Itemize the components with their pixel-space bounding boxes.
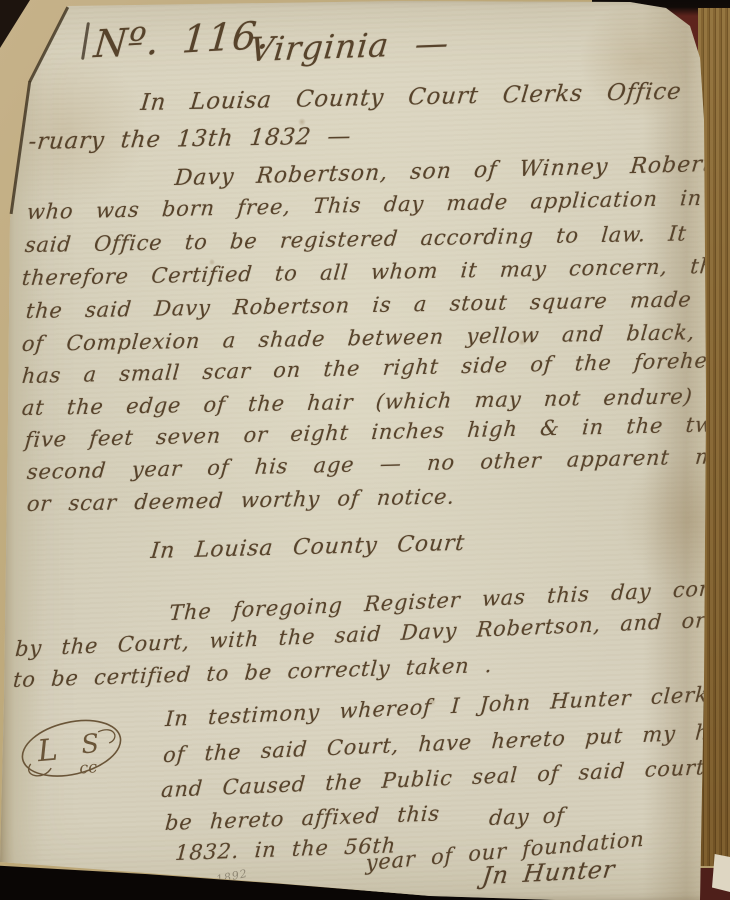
manuscript-page: Nº. 116. Virginia — In Louisa County Cou… — [0, 0, 730, 900]
handwritten-line: or scar deemed worthy of notice. — [26, 485, 456, 517]
clerk-signature: Jn Hunter — [481, 855, 617, 890]
handwritten-line: to be certified to be correctly taken . — [12, 653, 493, 692]
register-number: Nº. 116. — [92, 13, 272, 66]
handwritten-line: 1832. in the 56th — [174, 833, 397, 865]
handwritten-line: said Office to be registered according t… — [24, 221, 729, 257]
seal-letter-s: S — [80, 729, 100, 760]
paper-scrap — [712, 854, 730, 892]
handwritten-line: therefore Certified to all whom it may c… — [21, 254, 730, 291]
court-heading: In Louisa County Court — [150, 531, 467, 564]
handwritten-line: be hereto affixed this — [164, 801, 440, 835]
manuscript-photo: Nº. 116. Virginia — In Louisa County Cou… — [0, 0, 730, 900]
handwritten-line: Davy Robertson, son of Winney Robertson, — [174, 151, 730, 191]
handwritten-line: who was born free, This day made applica… — [26, 185, 730, 224]
seal-small-mark: cc — [78, 757, 98, 777]
state-title: Virginia — — [248, 23, 451, 69]
handwritten-line: the said Davy Robertson is a stout squar… — [25, 286, 730, 323]
handwritten-line: day of — [488, 803, 565, 830]
handwritten-line: In Louisa County Court Clerks Office Feb… — [139, 77, 730, 116]
ls-seal-flourish: L S cc — [13, 707, 138, 801]
seal-letter-l: L — [35, 733, 59, 770]
handwritten-line: -ruary the 13th 1832 — — [27, 123, 352, 155]
